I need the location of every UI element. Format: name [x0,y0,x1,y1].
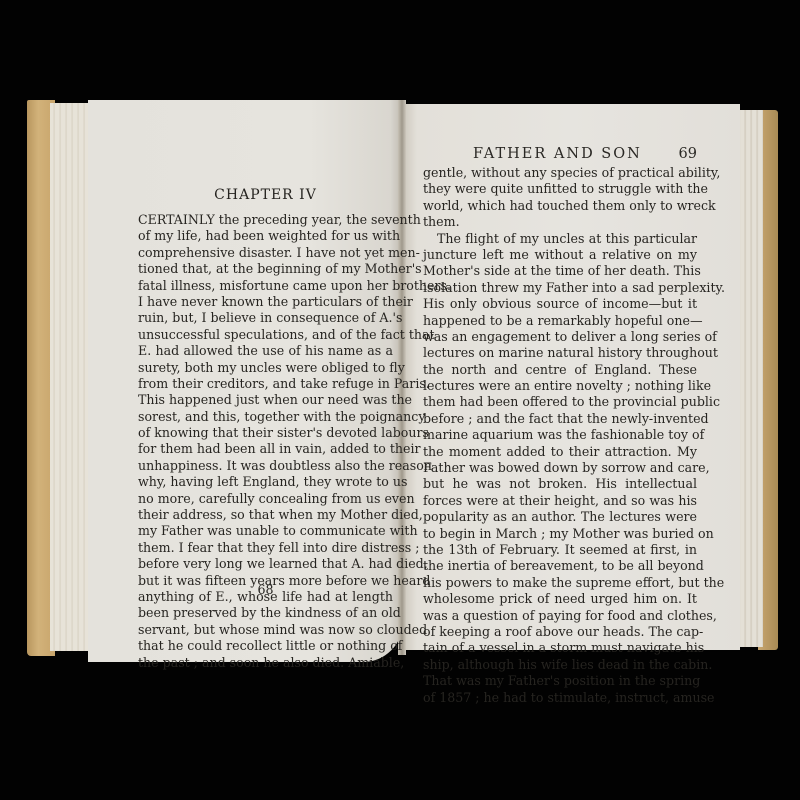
text-line: why, having left England, they wrote to … [138,474,393,490]
right-page-number: 69 [679,146,697,162]
page-stack-left [50,103,92,651]
text-line: was a question of paying for food and cl… [423,608,697,624]
text-line: popularity as an author. The lectures we… [423,509,697,525]
text-line: their address, so that when my Mother di… [138,507,393,523]
text-line: them had been offered to the provincial … [423,394,697,410]
text-line: juncture left me without a relative on m… [423,247,697,263]
text-line: ruin, but, I believe in consequence of A… [138,310,393,326]
text-line: tain of a vessel in a storm must navigat… [423,640,697,656]
text-line: them. [423,214,697,230]
text-line: of my life, had been weighted for us wit… [138,228,393,244]
text-line: marine aquarium was the fashionable toy … [423,427,697,443]
text-line: E. had allowed the use of his name as a [138,343,393,359]
text-line: before very long we learned that A. had … [138,556,393,572]
text-line: the inertia of bereavement, to be all be… [423,558,697,574]
text-line: ship, although his wife lies dead in the… [423,657,697,673]
text-line: wholesome prick of need urged him on. It [423,591,697,607]
text-line: surety, both my uncles were obliged to f… [138,360,393,376]
text-line: I have never known the particulars of th… [138,294,393,310]
left-page-body: CERTAINLY the preceding year, the sevent… [138,212,393,671]
text-line: of knowing that their sister's devoted l… [138,425,393,441]
text-line: world, which had touched them only to wr… [423,198,697,214]
text-line: to begin in March ; my Mother was buried… [423,526,697,542]
text-line: of 1857 ; he had to stimulate, instruct,… [423,690,697,706]
text-line: lectures on marine natural history throu… [423,345,697,361]
text-line: servant, but whose mind was now so cloud… [138,622,393,638]
text-line: comprehensive disaster. I have not yet m… [138,245,393,261]
text-line: the 13th of February. It seemed at first… [423,542,697,558]
open-book: CHAPTER IV CERTAINLY the preceding year,… [0,0,800,800]
text-line: tioned that, at the beginning of my Moth… [138,261,393,277]
text-line: His only obvious source of income—but it [423,296,697,312]
text-line: unsuccessful speculations, and of the fa… [138,327,393,343]
text-line: fatal illness, misfortune came upon her … [138,278,393,294]
text-line: sorest, and this, together with the poig… [138,409,393,425]
text-line: the north and centre of England. These [423,362,697,378]
text-line: happened to be a remarkably hopeful one— [423,313,697,329]
text-line: they were quite unfitted to struggle wit… [423,181,697,197]
right-page-body: gentle, without any species of practical… [423,165,697,706]
text-line: them. I fear that they fell into dire di… [138,540,393,556]
text-line: from their creditors, and take refuge in… [138,376,393,392]
text-line: This happened just when our need was the [138,392,393,408]
text-line: lectures were an entire novelty ; nothin… [423,378,697,394]
text-line: before ; and the fact that the newly-inv… [423,411,697,427]
text-line: been preserved by the kindness of an old [138,605,393,621]
text-line: forces were at their height, and so was … [423,493,697,509]
text-line: CERTAINLY the preceding year, the sevent… [138,212,393,228]
text-line: Father was bowed down by sorrow and care… [423,460,697,476]
text-line: that he could recollect little or nothin… [138,638,393,654]
text-line: but he was not broken. His intellectual [423,476,697,492]
text-line: the moment added to their attraction. My [423,444,697,460]
text-line: was an engagement to deliver a long seri… [423,329,697,345]
text-line: his powers to make the supreme effort, b… [423,575,697,591]
text-line: isolation threw my Father into a sad per… [423,280,697,296]
text-line: gentle, without any species of practical… [423,165,697,181]
text-line: unhappiness. It was doubtless also the r… [138,458,393,474]
text-line: no more, carefully concealing from us ev… [138,491,393,507]
text-line: That was my Father's position in the spr… [423,673,697,689]
text-line: my Father was unable to communicate with [138,523,393,539]
running-head-title: FATHER AND SON [473,146,642,162]
text-line: The flight of my uncles at this particul… [423,231,697,247]
text-line: of keeping a roof above our heads. The c… [423,624,697,640]
text-line: for them had been all in vain, added to … [138,441,393,457]
chapter-heading: CHAPTER IV [138,187,393,203]
left-page-number: 68 [138,582,393,597]
text-line: Mother's side at the time of her death. … [423,263,697,279]
text-line: the past ; and soon he also died. Amiabl… [138,655,393,671]
